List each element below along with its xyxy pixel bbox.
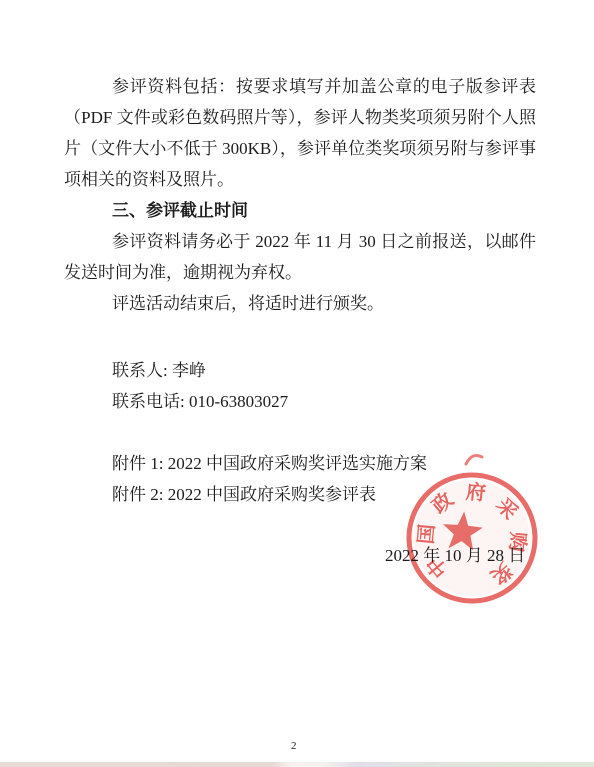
- paragraph-materials: 参评资料包括：按要求填写并加盖公章的电子版参评表（PDF 文件或彩色数码照片等）…: [64, 71, 536, 195]
- attachment-1: 附件 1: 2022 中国政府采购奖评选实施方案: [64, 448, 536, 479]
- attachment-block: 附件 1: 2022 中国政府采购奖评选实施方案 附件 2: 2022 中国政府…: [64, 448, 536, 510]
- seal-char: 国: [414, 523, 439, 545]
- paragraph-award-ceremony: 评选活动结束后，将适时进行颁奖。: [64, 288, 536, 319]
- contact-person: 联系人: 李峥: [64, 355, 536, 386]
- contact-block: 联系人: 李峥 联系电话: 010-63803027: [64, 355, 536, 417]
- contact-phone: 联系电话: 010-63803027: [64, 386, 536, 417]
- scanned-document-page: 参评资料包括：按要求填写并加盖公章的电子版参评表（PDF 文件或彩色数码照片等）…: [0, 0, 594, 767]
- scan-edge-strip: [0, 762, 594, 767]
- body-text-block: 参评资料包括：按要求填写并加盖公章的电子版参评表（PDF 文件或彩色数码照片等）…: [64, 71, 536, 319]
- sign-date: 2022 年 10 月 28 日: [385, 545, 525, 567]
- attachment-2: 附件 2: 2022 中国政府采购奖参评表: [64, 479, 536, 510]
- section-heading-deadline: 三、参评截止时间: [64, 195, 536, 226]
- page-number: 2: [291, 740, 297, 753]
- paragraph-deadline: 参评资料请务必于 2022 年 11 月 30 日之前报送，以邮件发送时间为准，…: [64, 226, 536, 288]
